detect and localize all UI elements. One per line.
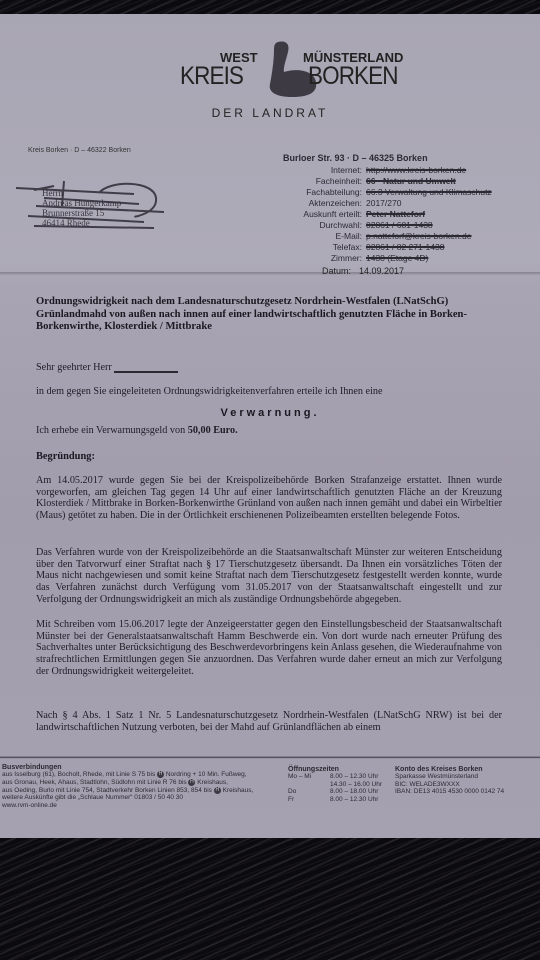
info-value-fachabteilung: 66.3 Verwaltung und Klimaschutz [366,187,492,197]
bus-stop-icon: H [214,787,221,794]
redacted-name [114,363,178,373]
fine-statement: Ich erhebe ein Verwarnungsgeld von 50,00… [36,425,502,437]
letter-date: Datum:14.09.2017 [322,266,404,276]
hours-time: 8.00 – 18.00 Uhr [330,788,378,795]
date-value: 14.09.2017 [359,266,404,276]
salutation: Sehr geehrter Herr [36,362,502,374]
hours-time: 8.00 – 12.30 Uhr [330,796,378,803]
hours-day: Do [288,788,296,795]
bank-iban: IBAN: DE13 4015 4530 0000 0142 74 [395,788,504,795]
paper-fold [0,272,540,276]
logo-borken: BORKEN [308,62,398,91]
info-label: Durchwahl: [319,220,362,230]
info-label: Fachabteilung: [306,187,362,197]
info-label: E-Mail: [336,231,362,241]
info-label: Auskunft erteilt: [303,209,362,219]
info-label: Aktenzeichen: [309,198,362,208]
hours-day: Mo – Mi [288,773,311,780]
letterhead-subtitle: DER LANDRAT [0,106,540,120]
bus-stop-icon: H [188,779,195,786]
paragraph-1: Am 14.05.2017 wurde gegen Sie bei der Kr… [36,475,502,522]
info-label: Telefax: [333,242,362,252]
bank-name: Sparkasse Westmünsterland [395,773,504,780]
bus-line: aus Oeding, Burlo mit Linie 754, Stadtve… [2,787,253,795]
fine-amount: 50,00 Euro. [188,425,238,436]
date-label: Datum: [322,266,351,276]
letter-subject: Ordnungswidrigkeit nach dem Landesnaturs… [36,296,506,334]
return-address: Kreis Borken · D – 46322 Borken [28,147,131,154]
hours-time: 8.00 – 12.30 Uhr [330,773,378,780]
office-address: Burloer Str. 93 · D – 46325 Borken [283,153,428,163]
redaction-scribble [14,178,164,240]
paragraph-2: Das Verfahren wurde von der Kreispolizei… [36,547,502,606]
bus-stop-icon: H [157,771,164,778]
fine-text: Ich erhebe ein Verwarnungsgeld von [36,425,185,436]
info-value-telefax: 02861 / 82 271-1438 [366,242,444,252]
info-label: Facheinheit: [316,176,362,186]
bus-heading: Busverbindungen [2,764,253,771]
paragraph-3: Mit Schreiben vom 15.06.2017 legte der A… [36,619,502,678]
paragraph-4: Nach § 4 Abs. 1 Satz 1 Nr. 5 Landesnatur… [36,710,502,733]
bus-line: aus Isselburg (61), Bocholt, Rhede, mit … [2,771,253,779]
opening-hours: Öffnungszeiten Mo – Mi8.00 – 12.30 Uhr 1… [288,766,339,803]
bus-connections: Busverbindungen aus Isselburg (61), Boch… [2,764,253,809]
bus-info-line: weitere Auskünfte gibt die „Schlaue Numm… [2,794,253,801]
intro-text: in dem gegen Sie eingeleiteten Ordnungsw… [36,386,502,398]
bus-line: aus Gronau, Heek, Ahaus, Stadtlohn, Südl… [2,779,253,787]
bank-bic: BIC: WELADE3WXXX [395,781,504,788]
bus-website: www.rvm-online.de [2,802,253,809]
hours-heading: Öffnungszeiten [288,766,339,773]
kreis-borken-logo: WEST MÜNSTERLAND KREIS BORKEN [180,38,420,98]
info-value-aktenzeichen: 2017/270 [366,198,401,208]
info-value-durchwahl: 02861 / 681-1438 [366,220,433,230]
info-value-auskunft: Peter Natteforf [366,209,425,219]
bank-details: Konto des Kreises Borken Sparkasse Westm… [395,766,504,796]
hours-day: Fr [288,796,294,803]
info-label: Internet: [331,165,362,175]
info-label: Zimmer: [331,253,362,263]
bank-heading: Konto des Kreises Borken [395,766,504,773]
info-value-zimmer: 1438 (Etage 4D) [366,253,428,263]
salutation-text: Sehr geehrter Herr [36,362,112,373]
info-value-email: p.natteforf@kreis-borken.de [366,231,472,241]
logo-kreis: KREIS [180,62,243,91]
warning-heading: Verwarnung. [0,407,540,419]
reason-heading: Begründung: [36,451,95,462]
hours-time: 14.30 – 16.00 Uhr [330,781,382,788]
info-value-facheinheit: 66 · Natur und Umwelt [366,176,456,186]
letter-footer: Busverbindungen aus Isselburg (61), Boch… [0,757,540,826]
info-value-internet: http://www.kreis-borken.de [366,165,466,175]
